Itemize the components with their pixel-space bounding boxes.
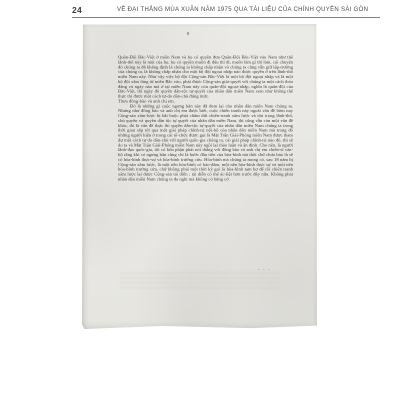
- scan-page-number: 6: [183, 32, 193, 37]
- scanned-document-page: 6 Quân-Đội Bắc-Việt ở miền Nam và họ có …: [82, 24, 317, 329]
- scan-text-block: Quân-Đội Bắc-Việt ở miền Nam và họ có qu…: [118, 55, 293, 182]
- bleed-through-smudge: [120, 272, 280, 290]
- book-spread-scan: 24 VỀ ĐẠI THẮNG MÙA XUÂN NĂM 1975 QUA TÀ…: [0, 0, 400, 400]
- book-page-number: 24: [72, 5, 82, 15]
- scan-paragraph-2: Đó là những gì cuộc ngưng bắn này đã đem…: [118, 104, 293, 182]
- running-title: VỀ ĐẠI THẮNG MÙA XUÂN NĂM 1975 QUA TÀI L…: [117, 7, 368, 13]
- scan-paragraph-continued: Quân-Đội Bắc-Việt ở miền Nam và họ có qu…: [118, 55, 293, 99]
- header-rule: [72, 17, 380, 18]
